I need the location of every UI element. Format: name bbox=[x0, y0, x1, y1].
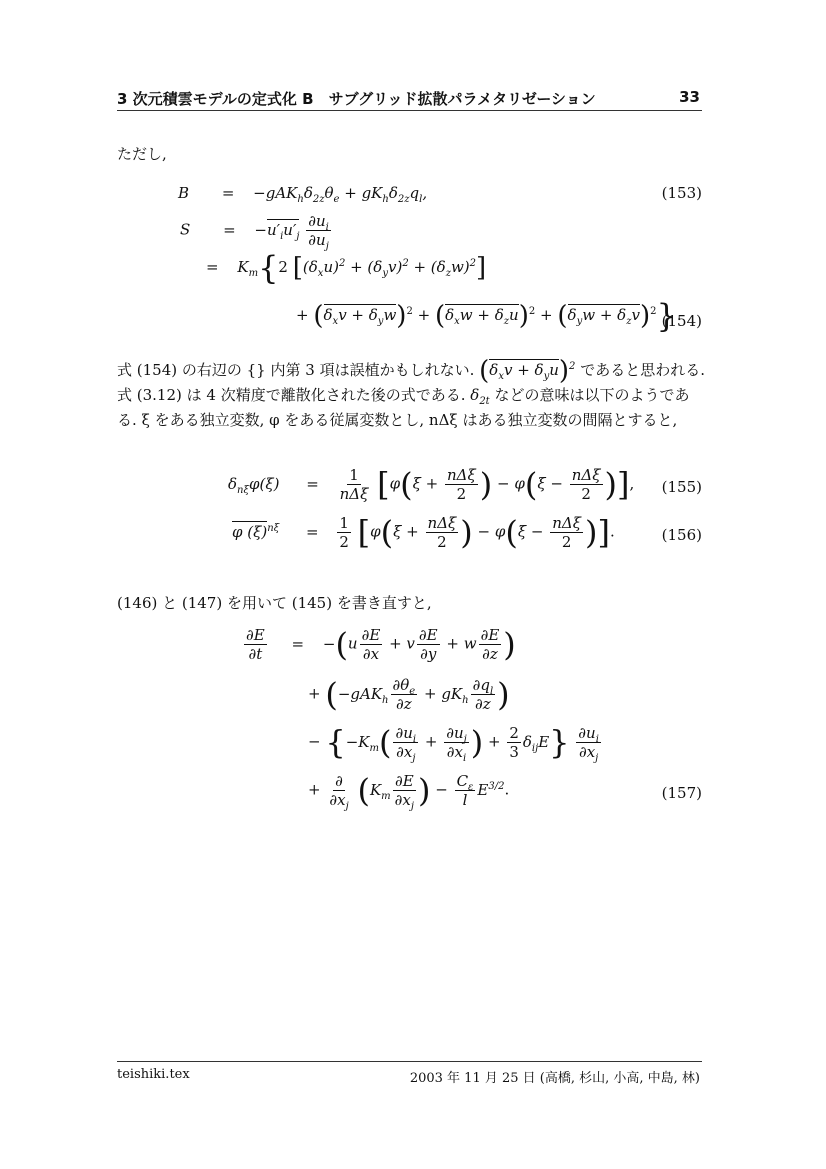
page-footer: teishiki.tex 2003 年 11 月 25 日 (高橋, 杉山, 小… bbox=[117, 1061, 702, 1062]
footer-date-authors: 2003 年 11 月 25 日 (高橋, 杉山, 小高, 中島, 林) bbox=[410, 1067, 700, 1086]
equation-154-line1: S = −u′iu′j ∂ui∂uj bbox=[180, 212, 333, 249]
running-header: 3 次元積雲モデルの定式化 B サブグリッド拡散パラメタリゼーション 33 bbox=[117, 86, 702, 111]
equation-153: B = −gAKhδ2zθe + gKhδ2zql, bbox=[178, 184, 427, 202]
equation-number-157: (157) bbox=[662, 784, 702, 802]
equation-156: φ (ξ)nξ = 12 [φ(ξ + nΔξ2) − φ(ξ − nΔξ2)]… bbox=[232, 514, 615, 551]
header-title: 3 次元積雲モデルの定式化 B サブグリッド拡散パラメタリゼーション bbox=[117, 88, 596, 109]
equation-157-line4: + ∂∂xj (Km∂E∂xj) − CεlE3/2. bbox=[308, 772, 509, 809]
intro-text: ただし, bbox=[117, 142, 167, 167]
paragraph-1: 式 (154) の右辺の {} 内第 3 項は誤植かもしれない. (δxv + … bbox=[117, 358, 707, 433]
equation-155: δnξφ(ξ) = 1nΔξ [φ(ξ + nΔξ2) − φ(ξ − nΔξ2… bbox=[228, 466, 634, 503]
equation-154-line3: + (δxv + δyw)2 + (δxw + δzu)2 + (δyw + δ… bbox=[296, 306, 682, 324]
paragraph-2: (146) と (147) を用いて (145) を書き直すと, bbox=[117, 591, 432, 616]
equation-154-line2: = Km{2 [(δxu)2 + (δyv)2 + (δzw)2] bbox=[206, 258, 486, 276]
equation-number-155: (155) bbox=[662, 478, 702, 496]
equation-157-line3: − {−Km(∂ui∂xj + ∂uj∂xi) + 23δijE} ∂ui∂xj bbox=[308, 724, 603, 761]
equation-number-153: (153) bbox=[662, 184, 702, 202]
footer-filename: teishiki.tex bbox=[117, 1067, 190, 1082]
paragraph-1-part-1: 式 (154) の右辺の {} 内第 3 項は誤植かもしれない. bbox=[117, 361, 474, 379]
equation-157-line1: ∂E∂t = −(u∂E∂x + v∂E∂y + w∂E∂z) bbox=[242, 626, 516, 663]
equation-number-154: (154) bbox=[662, 312, 702, 330]
equation-number-156: (156) bbox=[662, 526, 702, 544]
equation-157-line2: + (−gAKh∂θe∂z + gKh∂ql∂z) bbox=[308, 676, 510, 713]
paragraph-1-part-6: ξ をある独立変数, φ をある従属変数とし, nΔξ はある独立変数の間隔とす… bbox=[142, 411, 678, 429]
page-number: 33 bbox=[679, 88, 700, 106]
